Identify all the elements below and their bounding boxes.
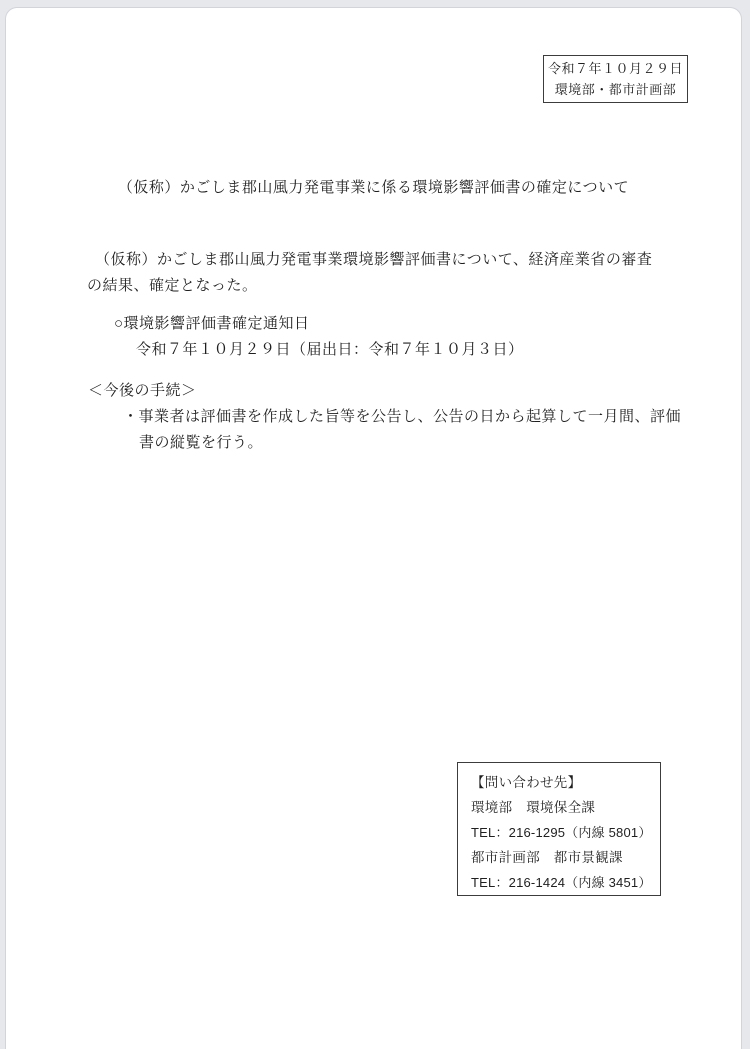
procedure-item-line-2: 書の縦覧を行う。 [139,430,263,456]
body-paragraph-line-1: （仮称）かごしま郡山風力発電事業環境影響評価書について、経済産業省の審査 [87,247,652,273]
procedure-item-line-1: ・事業者は評価書を作成した旨等を公告し、公告の日から起算して一月間、評価 [123,404,681,430]
body-paragraph-line-2: の結果、確定となった。 [87,273,652,299]
contact-tel-2: TEL：216-1424（内線 3451） [471,870,660,895]
notification-heading: ○環境影響評価書確定通知日 [114,311,310,337]
header-date: 令和７年１０月２９日 [548,58,683,79]
document-title: （仮称）かごしま郡山風力発電事業に係る環境影響評価書の確定について [6,176,741,197]
contact-info-box: 【問い合わせ先】 環境部 環境保全課 TEL：216-1295（内線 5801）… [457,762,661,896]
procedure-heading: ＜今後の手続＞ [88,378,197,404]
contact-dept-1: 環境部 環境保全課 [471,795,660,820]
contact-dept-2: 都市計画部 都市景観課 [471,845,660,870]
header-date-box: 令和７年１０月２９日 環境部・都市計画部 [543,55,688,103]
notification-date-line: 令和７年１０月２９日（届出日：令和７年１０月３日） [136,337,524,363]
body-paragraph: （仮称）かごしま郡山風力発電事業環境影響評価書について、経済産業省の審査 の結果… [87,247,652,299]
header-department: 環境部・都市計画部 [555,79,677,100]
contact-tel-1: TEL：216-1295（内線 5801） [471,820,660,845]
contact-heading: 【問い合わせ先】 [471,770,660,795]
document-page: 令和７年１０月２９日 環境部・都市計画部 （仮称）かごしま郡山風力発電事業に係る… [5,7,742,1049]
